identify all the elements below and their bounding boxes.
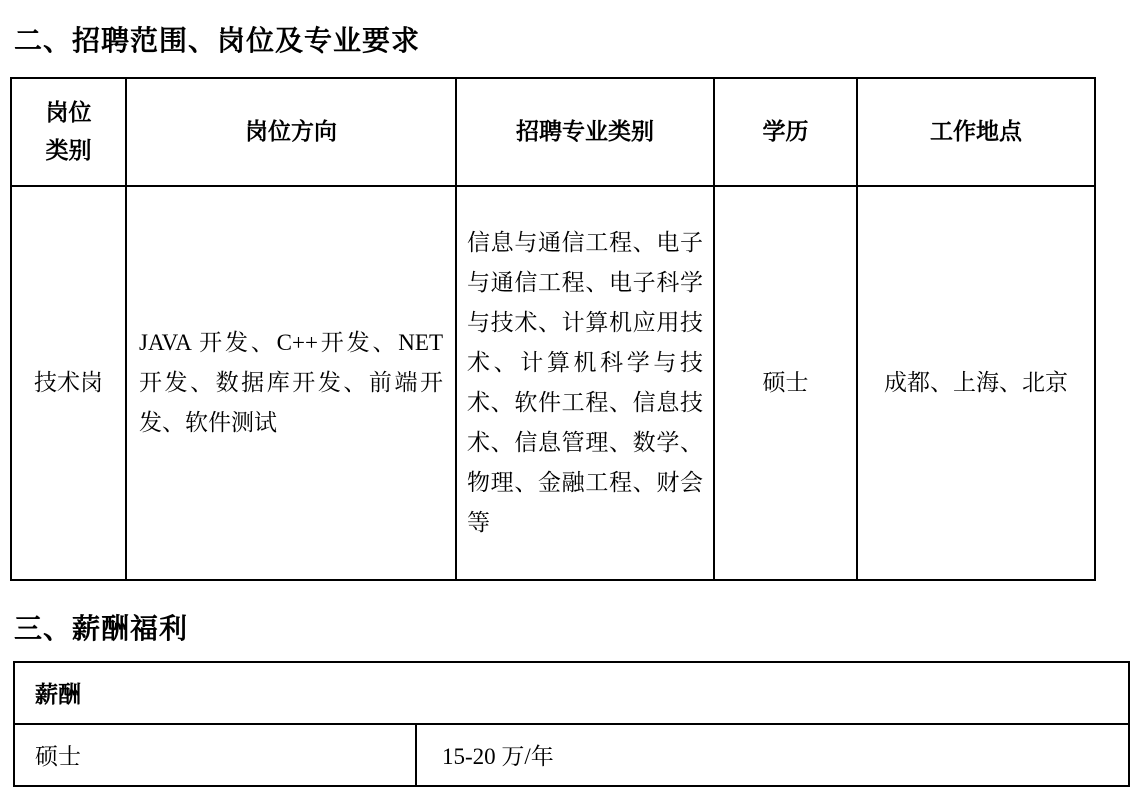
salary-table: 薪酬 硕士 15-20 万/年 xyxy=(13,661,1130,787)
section3-heading: 三、薪酬福利 xyxy=(14,615,1143,646)
recruitment-header-row: 岗位 类别 岗位方向 招聘专业类别 学历 工作地点 xyxy=(11,78,1095,186)
column-header-work-location: 工作地点 xyxy=(857,78,1095,186)
column-header-position-direction: 岗位方向 xyxy=(126,78,456,186)
recruitment-data-row: 技术岗 JAVA 开发、C++开发、NET 开发、数据库开发、前端开发、软件测试… xyxy=(11,186,1095,580)
column-header-recruitment-majors: 招聘专业类别 xyxy=(456,78,714,186)
cell-work-location: 成都、上海、北京 xyxy=(857,186,1095,580)
column-header-position-category: 岗位 类别 xyxy=(11,78,126,186)
cell-education: 硕士 xyxy=(714,186,857,580)
cell-position-direction: JAVA 开发、C++开发、NET 开发、数据库开发、前端开发、软件测试 xyxy=(126,186,456,580)
salary-header-cell: 薪酬 xyxy=(14,662,1129,724)
salary-data-row: 硕士 15-20 万/年 xyxy=(14,724,1129,786)
recruitment-table: 岗位 类别 岗位方向 招聘专业类别 学历 工作地点 技术岗 JAVA 开发、C+… xyxy=(10,77,1096,581)
cell-recruitment-majors: 信息与通信工程、电子与通信工程、电子科学与技术、计算机应用技术、计算机科学与技术… xyxy=(456,186,714,580)
column-header-education: 学历 xyxy=(714,78,857,186)
salary-header-row: 薪酬 xyxy=(14,662,1129,724)
document-page: 二、招聘范围、岗位及专业要求 岗位 类别 岗位方向 招聘专业类别 学历 工作地点… xyxy=(0,0,1143,803)
cell-salary-amount: 15-20 万/年 xyxy=(416,724,1129,786)
section2-heading: 二、招聘范围、岗位及专业要求 xyxy=(14,27,1143,58)
cell-position-category: 技术岗 xyxy=(11,186,126,580)
cell-salary-level: 硕士 xyxy=(14,724,416,786)
